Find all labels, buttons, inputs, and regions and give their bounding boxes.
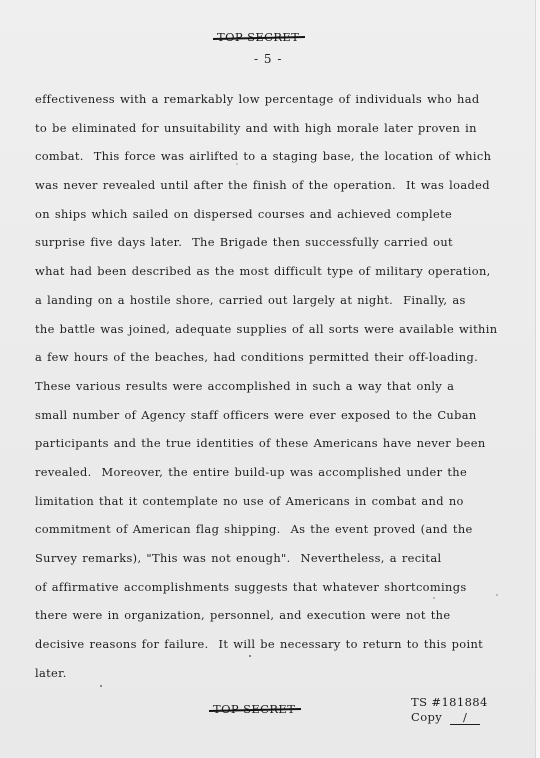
page-edge: [535, 0, 540, 758]
control-number: TS #181884: [411, 695, 488, 710]
page-number: - 5 -: [254, 52, 282, 66]
text-line: was never revealed until after the finis…: [35, 175, 515, 204]
text-line: there were in organization, personnel, a…: [35, 605, 515, 634]
text-line: a landing on a hostile shore, carried ou…: [35, 290, 515, 319]
text-line: decisive reasons for failure. It will be…: [35, 634, 515, 663]
scan-speck: [249, 655, 251, 657]
scan-speck: [236, 163, 238, 165]
classification-marking-bottom: TOP SECRET: [213, 702, 295, 716]
document-control-block: TS #181884 Copy /: [411, 695, 488, 725]
text-line: to be eliminated for unsuitability and w…: [35, 118, 515, 147]
text-line: what had been described as the most diff…: [35, 261, 515, 290]
text-line: later.: [35, 663, 515, 692]
body-paragraph: effectiveness with a remarkably low perc…: [35, 89, 515, 691]
classification-marking-top: TOP SECRET: [217, 30, 299, 44]
copy-line: Copy /: [411, 710, 488, 725]
scan-speck: [496, 594, 498, 596]
text-line: combat. This force was airlifted to a st…: [35, 146, 515, 175]
text-line: commitment of American flag shipping. As…: [35, 519, 515, 548]
text-line: Survey remarks), "This was not enough". …: [35, 548, 515, 577]
scan-speck: [433, 597, 435, 599]
text-line: effectiveness with a remarkably low perc…: [35, 89, 515, 118]
text-line: a few hours of the beaches, had conditio…: [35, 347, 515, 376]
text-line: participants and the true identities of …: [35, 433, 515, 462]
document-page: TOP SECRET - 5 - effectiveness with a re…: [0, 0, 536, 758]
text-line: limitation that it contemplate no use of…: [35, 491, 515, 520]
text-line: revealed. Moreover, the entire build-up …: [35, 462, 515, 491]
text-line: on ships which sailed on dispersed cours…: [35, 204, 515, 233]
text-line: These various results were accomplished …: [35, 376, 515, 405]
text-line: of affirmative accomplishments suggests …: [35, 577, 515, 606]
text-line: small number of Agency staff officers we…: [35, 405, 515, 434]
text-line: surprise five days later. The Brigade th…: [35, 232, 515, 261]
copy-number: /: [450, 711, 480, 725]
copy-label: Copy: [411, 710, 442, 725]
scan-speck: [100, 685, 102, 687]
text-line: the battle was joined, adequate supplies…: [35, 319, 515, 348]
